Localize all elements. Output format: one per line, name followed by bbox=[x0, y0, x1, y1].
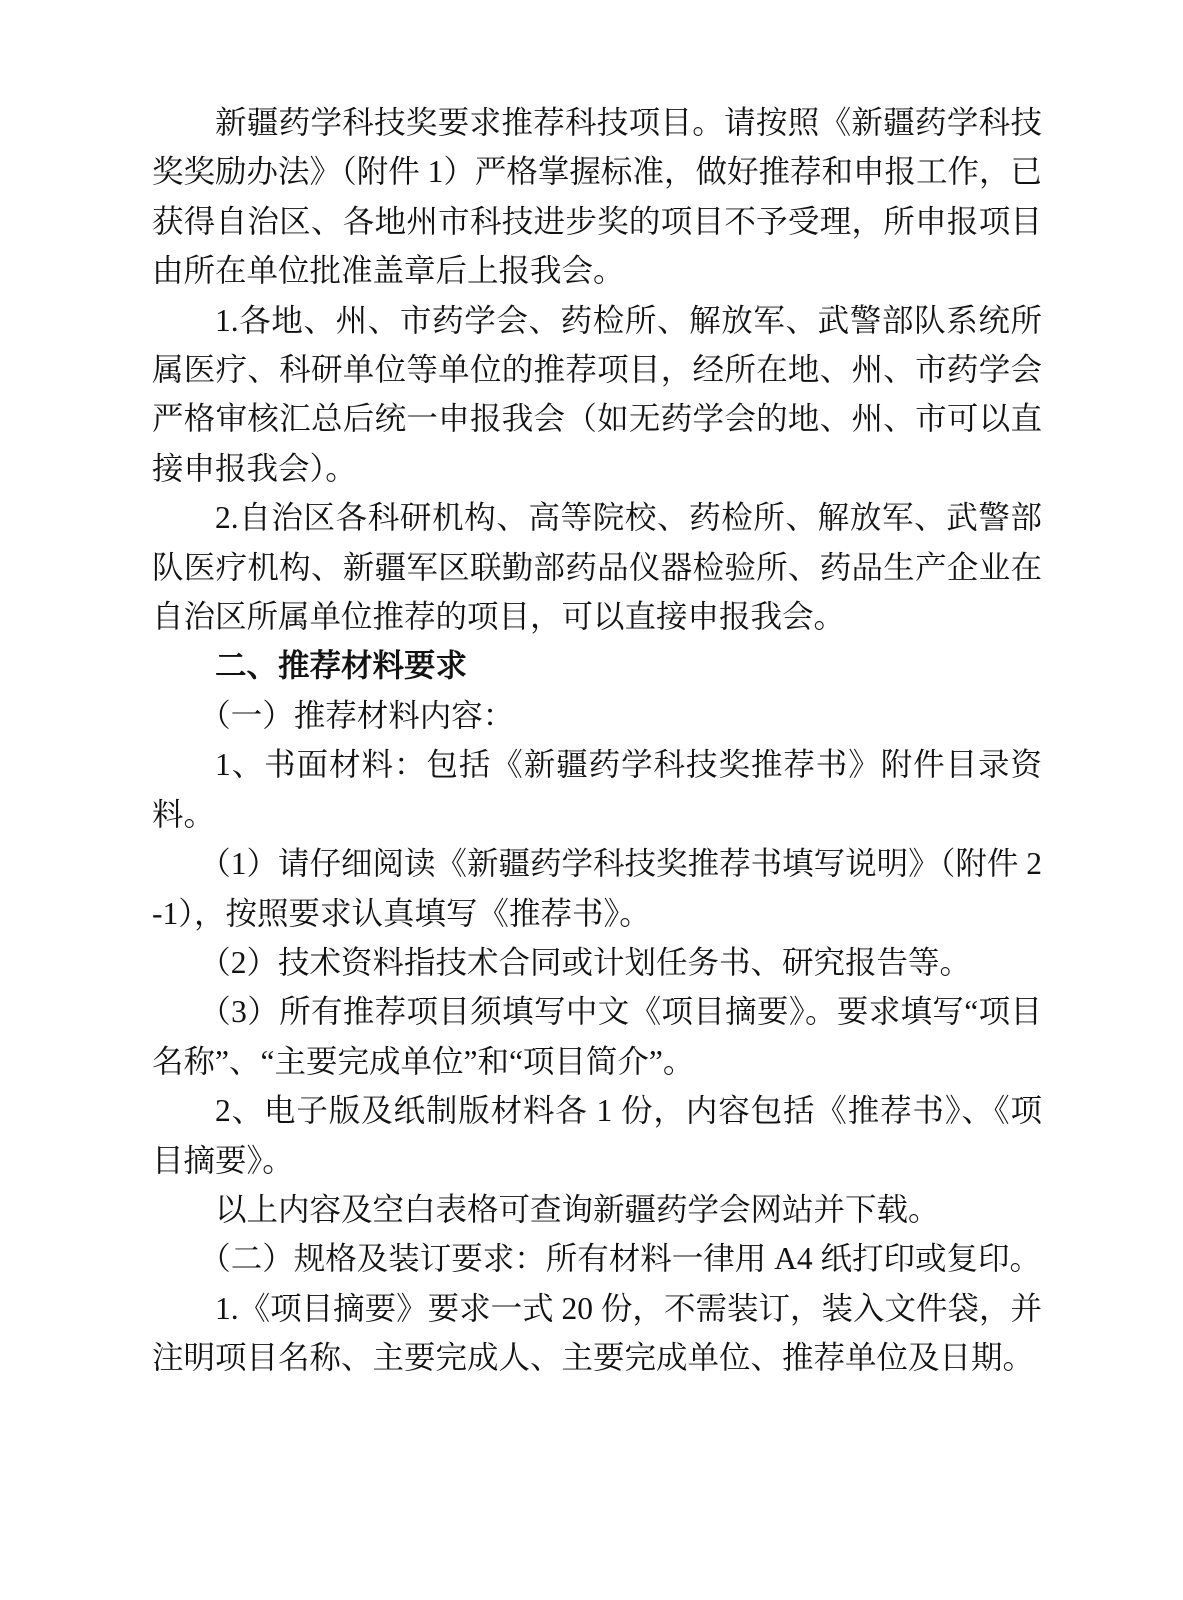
paragraph-electronic-copies: 2、电子版及纸制版材料各 1 份，内容包括《推荐书》、《项目摘要》。 bbox=[152, 1086, 1042, 1185]
paragraph-item-2: 2.自治区各科研机构、高等院校、药检所、解放军、武警部队医疗机构、新疆军区联勤部… bbox=[152, 493, 1042, 641]
subsection-heading-materials-content: （一）推荐材料内容： bbox=[152, 691, 1042, 740]
paragraph-item-1-1: （1）请仔细阅读《新疆药学科技奖推荐书填写说明》（附件 2-1），按照要求认真填… bbox=[152, 839, 1042, 938]
paragraph-website-download: 以上内容及空白表格可查询新疆药学会网站并下载。 bbox=[152, 1185, 1042, 1234]
paragraph-item-1-3: （3）所有推荐项目须填写中文《项目摘要》。要求填写“项目名称”、“主要完成单位”… bbox=[152, 987, 1042, 1086]
paragraph-intro: 新疆药学科技奖要求推荐科技项目。请按照《新疆药学科技奖奖励办法》（附件 1）严格… bbox=[152, 98, 1042, 296]
paragraph-written-materials: 1、书面材料：包括《新疆药学科技奖推荐书》附件目录资料。 bbox=[152, 740, 1042, 839]
paragraph-abstract-copies: 1.《项目摘要》要求一式 20 份，不需装订，装入文件袋，并注明项目名称、主要完… bbox=[152, 1284, 1042, 1383]
subsection-heading-format-binding: （二）规格及装订要求：所有材料一律用 A4 纸打印或复印。 bbox=[152, 1234, 1042, 1283]
paragraph-item-1: 1.各地、州、市药学会、药检所、解放军、武警部队系统所属医疗、科研单位等单位的推… bbox=[152, 296, 1042, 494]
document-page: 新疆药学科技奖要求推荐科技项目。请按照《新疆药学科技奖奖励办法》（附件 1）严格… bbox=[0, 0, 1183, 1600]
paragraph-item-1-2: （2）技术资料指技术合同或计划任务书、研究报告等。 bbox=[152, 938, 1042, 987]
section-heading-materials-requirements: 二、推荐材料要求 bbox=[152, 641, 1042, 690]
